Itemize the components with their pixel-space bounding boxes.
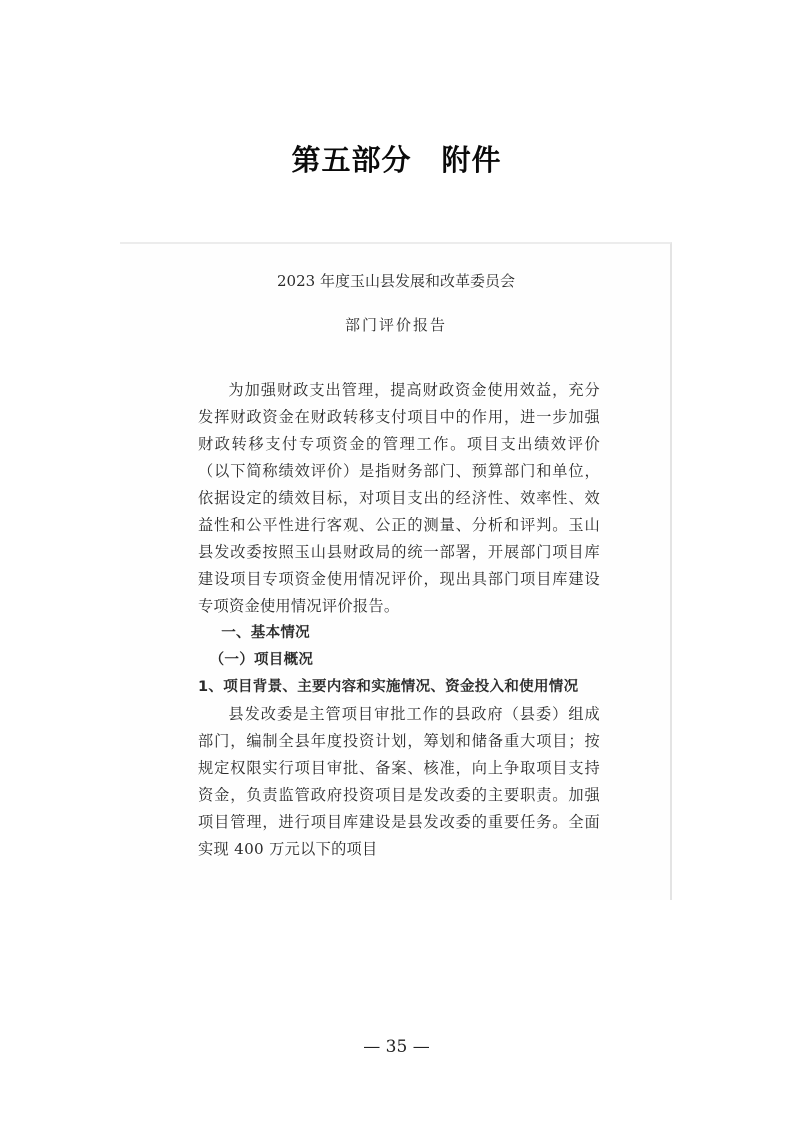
- subsection-heading-project-overview: （一）项目概况: [198, 647, 600, 674]
- item-paragraph-background: 县发改委是主管项目审批工作的县政府（县委）组成部门，编制全县年度投资计划，筹划和…: [198, 701, 600, 863]
- report-title-line2: 部门评价报告: [120, 314, 672, 335]
- report-title-line1: 2023 年度玉山县发展和改革委员会: [120, 270, 672, 291]
- part-title: 第五部分附件: [0, 138, 793, 179]
- intro-paragraph: 为加强财政支出管理，提高财政资金使用效益，充分发挥财政资金在财政转移支付项目中的…: [198, 377, 600, 620]
- report-body: 为加强财政支出管理，提高财政资金使用效益，充分发挥财政资金在财政转移支付项目中的…: [198, 377, 600, 863]
- section-heading-basic-info: 一、基本情况: [198, 620, 600, 647]
- page-number: — 35 —: [0, 1037, 793, 1057]
- item-heading-background: 1、项目背景、主要内容和实施情况、资金投入和使用情况: [198, 674, 600, 701]
- part-title-label: 第五部分: [291, 143, 411, 177]
- part-subtitle-label: 附件: [442, 143, 502, 177]
- scanned-attachment-image: 2023 年度玉山县发展和改革委员会 部门评价报告 为加强财政支出管理，提高财政…: [120, 242, 672, 900]
